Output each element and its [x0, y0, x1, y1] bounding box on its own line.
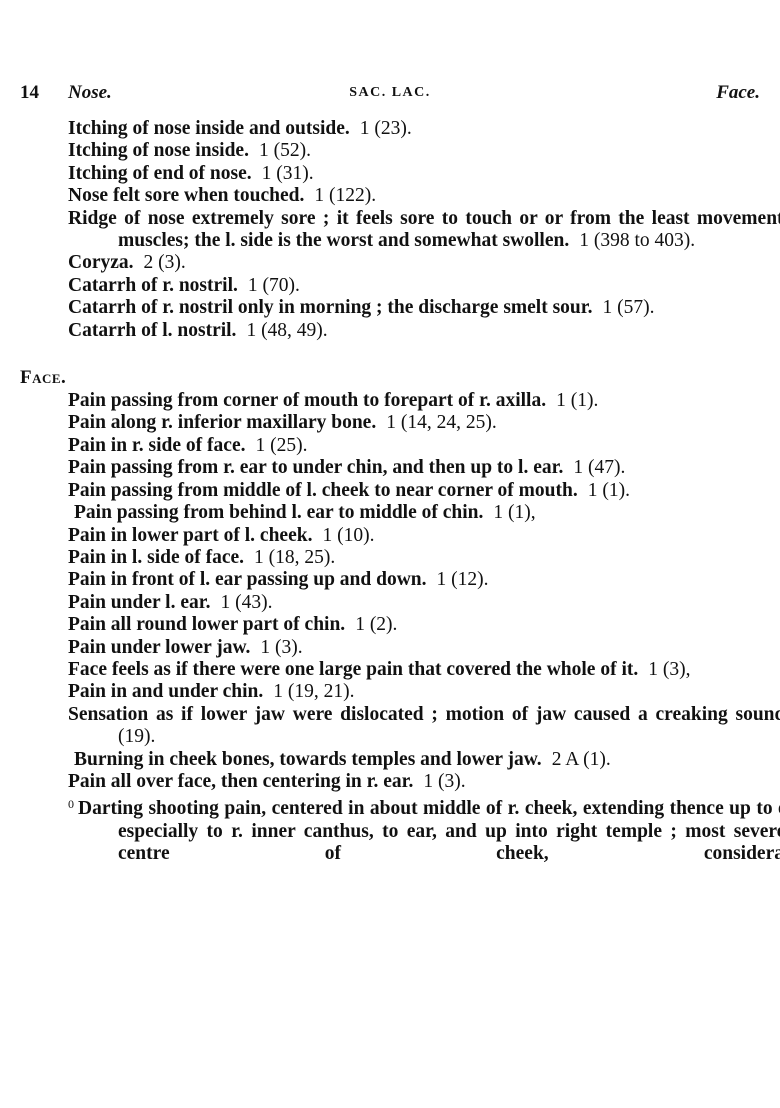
symptom-entry: Pain in l. side of face.1 (18, 25). — [68, 547, 780, 569]
nose-entries: Itching of nose inside and outside.1 (23… — [0, 118, 780, 342]
entry-reference: 2 A (1). — [552, 749, 611, 770]
symptom-entry: Pain passing from middle of l. cheek to … — [68, 480, 780, 502]
entry-text: Pain in and under chin. — [68, 681, 263, 702]
entry-reference: 2 (3). — [144, 252, 186, 273]
symptom-entry: Pain in front of l. ear passing up and d… — [68, 569, 780, 591]
symptom-entry: Pain along r. inferior maxillary bone.1 … — [68, 412, 780, 434]
symptom-entry: Pain under lower jaw.1 (3). — [68, 637, 780, 659]
entry-text: Itching of nose inside. — [68, 140, 249, 161]
entry-text: Pain passing from r. ear to under chin, … — [68, 457, 563, 478]
entry-text: Pain all round lower part of chin. — [68, 614, 345, 635]
symptom-entry: 200.Ridge of nose extremely sore ; it fe… — [18, 208, 780, 253]
entry-reference: 1 (1). — [588, 480, 630, 501]
entry-text: Nose felt sore when touched. — [68, 185, 304, 206]
entry-reference: 1 (398 to 403). — [579, 230, 695, 251]
symptom-entry: Face feels as if there were one large pa… — [68, 659, 780, 681]
symptom-entry: 0Darting shooting pain, centered in abou… — [68, 793, 780, 865]
symptom-entry: Coryza.2 (3). — [68, 252, 780, 274]
symptom-entry: Pain under l. ear.1 (43). — [68, 592, 780, 614]
symptom-entry: Nose felt sore when touched.1 (122). — [68, 185, 780, 207]
symptom-entry: Pain in and under chin.1 (19, 21). — [68, 681, 780, 703]
entry-text: Pain all over face, then centering in r.… — [68, 771, 413, 792]
entry-text: Pain passing from behind l. ear to middl… — [74, 502, 483, 523]
entry-text: Catarrh of l. nostril. — [68, 320, 236, 341]
entry-reference: 1 (31). — [262, 163, 314, 184]
face-entries: Pain passing from corner of mouth to for… — [0, 390, 780, 866]
symptom-entry: Pain in r. side of face.1 (25). — [68, 435, 780, 457]
entry-text: Pain passing from corner of mouth to for… — [68, 390, 546, 411]
entry-reference: 1 (52). — [259, 140, 311, 161]
symptom-entry: 220.Burning in cheek bones, towards temp… — [18, 749, 780, 771]
entry-reference: 1 (3). — [423, 771, 465, 792]
center-running-title: SAC. LAC. — [20, 85, 760, 101]
entry-text: Coryza. — [68, 252, 134, 273]
entry-text: Pain under lower jaw. — [68, 637, 250, 658]
symptom-entry: 210.Pain passing from behind l. ear to m… — [18, 502, 780, 524]
symptom-entry: Pain passing from corner of mouth to for… — [68, 390, 780, 412]
symptom-entry: Pain passing from r. ear to under chin, … — [68, 457, 780, 479]
entry-reference: 1 (25). — [255, 435, 307, 456]
entry-reference: 1 (18, 25). — [254, 547, 335, 568]
entry-text: Itching of nose inside and outside. — [68, 118, 350, 139]
symptom-entry: Catarrh of l. nostril.1 (48, 49). — [68, 320, 780, 342]
symptom-entry: Itching of nose inside.1 (52). — [68, 140, 780, 162]
entry-text: Sensation as if lower jaw were dislocate… — [68, 704, 780, 725]
entry-reference: 1 (43). — [220, 592, 272, 613]
symptom-entry: Pain in lower part of l. cheek.1 (10). — [68, 525, 780, 547]
entry-text: Itching of end of nose. — [68, 163, 252, 184]
entry-text: Catarrh of r. nostril only in morning ; … — [68, 297, 593, 318]
entry-reference: 1 (1). — [556, 390, 598, 411]
entry-reference: 1 (70). — [248, 275, 300, 296]
entry-reference: 1 (12). — [437, 569, 489, 590]
footnote-marker: 0 — [68, 797, 74, 811]
entry-reference: 1 (23). — [360, 118, 412, 139]
entry-reference: 1 (3). — [260, 637, 302, 658]
entry-text: Pain in l. side of face. — [68, 547, 244, 568]
entry-text: Face feels as if there were one large pa… — [68, 659, 638, 680]
entry-text: Darting shooting pain, centered in about… — [78, 798, 780, 864]
right-running-title: Face. — [716, 82, 760, 104]
entry-reference: 1 (2). — [355, 614, 397, 635]
entry-reference: 1 (122). — [314, 185, 376, 206]
entry-text: Pain in r. side of face. — [68, 435, 245, 456]
symptom-entry: Pain all over face, then centering in r.… — [68, 771, 780, 793]
entry-reference: 1 (57). — [603, 297, 655, 318]
entry-text: Burning in cheek bones, towards temples … — [74, 749, 542, 770]
symptom-entry: Sensation as if lower jaw were dislocate… — [68, 704, 780, 749]
entry-reference: 1 (1), — [493, 502, 535, 523]
entry-reference: 1 (48, 49). — [246, 320, 327, 341]
entry-text: Pain along r. inferior maxillary bone. — [68, 412, 376, 433]
entry-reference: 1 (47). — [573, 457, 625, 478]
symptom-entry: Catarrh of r. nostril only in morning ; … — [68, 297, 780, 319]
entry-reference: 1 (14, 24, 25). — [386, 412, 497, 433]
entry-reference: 1 (19, 21). — [273, 681, 354, 702]
entry-reference: 1 (10). — [322, 525, 374, 546]
book-page: 14 Nose. SAC. LAC. Face. Itching of nose… — [0, 0, 780, 1108]
entry-text: Pain in front of l. ear passing up and d… — [68, 569, 427, 590]
entry-reference: 1 (3), — [648, 659, 690, 680]
entry-text: Pain in lower part of l. cheek. — [68, 525, 312, 546]
symptom-entry: Catarrh of r. nostril.1 (70). — [68, 275, 780, 297]
symptom-entry: Itching of nose inside and outside.1 (23… — [68, 118, 780, 140]
running-header: 14 Nose. SAC. LAC. Face. — [20, 82, 760, 108]
entry-text: Pain under l. ear. — [68, 592, 210, 613]
page-body: Itching of nose inside and outside.1 (23… — [0, 118, 780, 866]
symptom-entry: Pain all round lower part of chin.1 (2). — [68, 614, 780, 636]
entry-text: Catarrh of r. nostril. — [68, 275, 238, 296]
symptom-entry: Itching of end of nose.1 (31). — [68, 163, 780, 185]
section-heading-face: Face. — [20, 366, 780, 390]
entry-text: Pain passing from middle of l. cheek to … — [68, 480, 578, 501]
